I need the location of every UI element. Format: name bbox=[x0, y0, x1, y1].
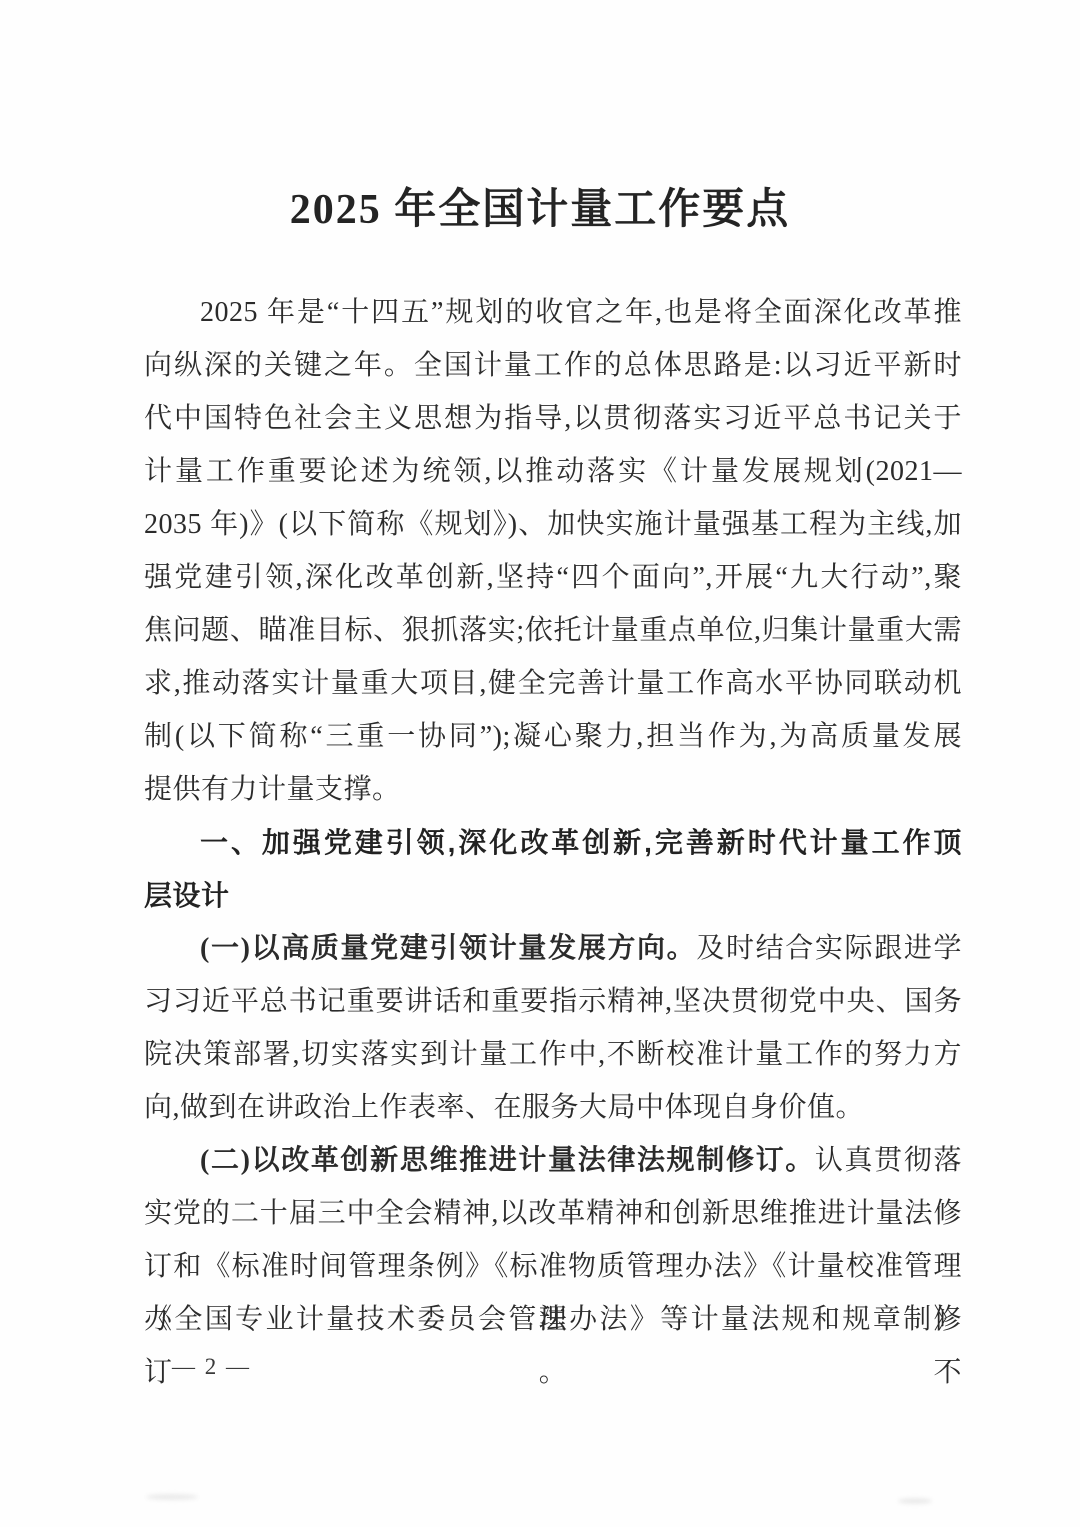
section-heading: 一、加强党建引领,深化改革创新,完善新时代计量工作顶 层设计 bbox=[144, 816, 962, 922]
item-lead: (二)以改革创新思维推进计量法律法规制修订。 bbox=[200, 1145, 815, 1176]
document-body: 2025 年是“十四五”规划的收官之年,也是将全面深化改革推 向纵深的关键之年。… bbox=[144, 286, 962, 1346]
paragraph-line: 2025 年是“十四五”规划的收官之年,也是将全面深化改革推 bbox=[144, 286, 962, 339]
paragraph-line: 《全国专业计量技术委员会管理办法》等计量法规和规章制修订。不 bbox=[144, 1293, 962, 1346]
paragraph-line: (二)以改革创新思维推进计量法律法规制修订。认真贯彻落 bbox=[144, 1134, 962, 1187]
heading-line: 层设计 bbox=[144, 869, 962, 922]
paragraph-line: 订和《标准时间管理条例》《标准物质管理办法》《计量校准管理办法》 bbox=[144, 1240, 962, 1293]
intro-paragraph: 2025 年是“十四五”规划的收官之年,也是将全面深化改革推 向纵深的关键之年。… bbox=[144, 286, 962, 816]
paragraph-line: 强党建引领,深化改革创新,坚持“四个面向”,开展“九大行动”,聚 bbox=[144, 551, 962, 604]
item-lead-rest: 及时结合实际跟进学 bbox=[696, 933, 962, 964]
paragraph-line: 向,做到在讲政治上作表率、在服务大局中体现自身价值。 bbox=[144, 1081, 962, 1134]
paragraph-line: 焦问题、瞄准目标、狠抓落实;依托计量重点单位,归集计量重大需 bbox=[144, 604, 962, 657]
item-paragraph-1: (一)以高质量党建引领计量发展方向。及时结合实际跟进学 习习近平总书记重要讲话和… bbox=[144, 922, 962, 1134]
page-number: — 2 — bbox=[172, 1352, 251, 1382]
scan-artifact bbox=[898, 1498, 932, 1504]
item-lead-rest: 认真贯彻落 bbox=[815, 1145, 962, 1176]
item-lead: (一)以高质量党建引领计量发展方向。 bbox=[200, 933, 696, 964]
paragraph-line: 计量工作重要论述为统领,以推动落实《计量发展规划(2021— bbox=[144, 445, 962, 498]
scan-artifact bbox=[494, 366, 502, 371]
document-page: 2025 年全国计量工作要点 2025 年是“十四五”规划的收官之年,也是将全面… bbox=[0, 0, 1080, 1527]
paragraph-line: (一)以高质量党建引领计量发展方向。及时结合实际跟进学 bbox=[144, 922, 962, 975]
paragraph-line: 实党的二十届三中全会精神,以改革精神和创新思维推进计量法修 bbox=[144, 1187, 962, 1240]
paragraph-line: 习习近平总书记重要讲话和重要指示精神,坚决贯彻党中央、国务 bbox=[144, 975, 962, 1028]
paragraph-line: 向纵深的关键之年。全国计量工作的总体思路是:以习近平新时 bbox=[144, 339, 962, 392]
paragraph-line: 求,推动落实计量重大项目,健全完善计量工作高水平协同联动机 bbox=[144, 657, 962, 710]
heading-line: 一、加强党建引领,深化改革创新,完善新时代计量工作顶 bbox=[144, 816, 962, 869]
paragraph-line: 提供有力计量支撑。 bbox=[144, 763, 962, 816]
paragraph-line: 制(以下简称“三重一协同”);凝心聚力,担当作为,为高质量发展 bbox=[144, 710, 962, 763]
paragraph-line: 代中国特色社会主义思想为指导,以贯彻落实习近平总书记关于 bbox=[144, 392, 962, 445]
scan-artifact bbox=[146, 1494, 198, 1500]
paragraph-line: 2035 年)》(以下简称《规划》)、加快实施计量强基工程为主线,加 bbox=[144, 498, 962, 551]
item-paragraph-2: (二)以改革创新思维推进计量法律法规制修订。认真贯彻落 实党的二十届三中全会精神… bbox=[144, 1134, 962, 1346]
paragraph-line: 院决策部署,切实落实到计量工作中,不断校准计量工作的努力方 bbox=[144, 1028, 962, 1081]
document-title: 2025 年全国计量工作要点 bbox=[0, 176, 1080, 236]
